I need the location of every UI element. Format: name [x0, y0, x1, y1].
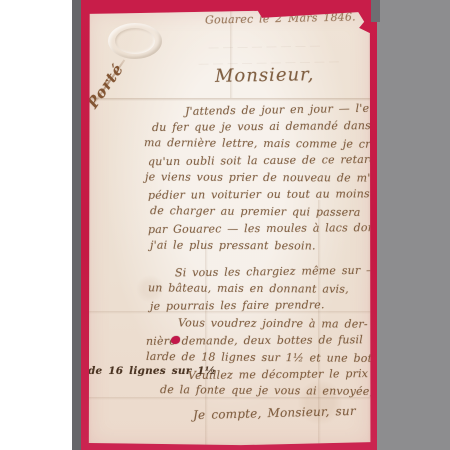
letter-paper: Gouarec le 2 Mars 1846. Porté Monsieur, … — [88, 10, 371, 446]
manuscript-line: du fer que je vous ai demandé dans — [152, 120, 371, 134]
postal-annotation-porte: Porté — [86, 62, 125, 110]
embossed-stamp-inner-ring — [115, 28, 155, 54]
salutation: Monsieur, — [215, 69, 315, 83]
manuscript-line: qu'un oubli soit la cause de ce retard, — [148, 154, 381, 168]
white-left-margin — [0, 0, 72, 450]
manuscript-line: ma dernière lettre, mais comme je crains — [144, 137, 394, 151]
manuscript-line: Vous voudrez joindre à ma der- — [178, 317, 368, 330]
gray-right-margin — [377, 0, 450, 450]
embossed-stamp-icon — [108, 23, 162, 59]
closing-line: Je compte, Monsieur, sur — [193, 405, 356, 421]
manuscript-line: larde de 18 lignes sur 1½ et une botte — [146, 351, 384, 365]
manuscript-line: j'ai le plus pressant besoin. — [150, 240, 316, 253]
manuscript-line: de charger au premier qui passera — [150, 205, 361, 219]
manuscript-line: pédier un voiturier ou tout au moins — [148, 188, 370, 202]
manuscript-line: je viens vous prier de nouveau de m'ex- — [145, 171, 387, 184]
manuscript-line: par Gouarec — les moules à lacs dont — [148, 222, 380, 236]
manuscript-line: je pourrais les faire prendre. — [150, 299, 325, 313]
margin-note: de 16 lignes sur 1½ — [88, 365, 216, 377]
ink-bleedthrough: — — — — — — — — — [208, 39, 321, 54]
photo-of-folded-letter: Gouarec le 2 Mars 1846. Porté Monsieur, … — [0, 0, 450, 450]
corner-shadow-patch — [371, 0, 380, 22]
manuscript-line: un bâteau, mais en donnant avis, — [148, 282, 349, 295]
fold-crease-horizontal — [88, 98, 371, 101]
manuscript-line: de la fonte que je vous ai envoyée, — [160, 384, 373, 398]
photo-edge-shadow — [72, 0, 81, 450]
manuscript-line: Si vous les chargiez même sur — — [175, 265, 377, 280]
ink-bleedthrough: — — — — — — — — — — — [198, 55, 340, 70]
